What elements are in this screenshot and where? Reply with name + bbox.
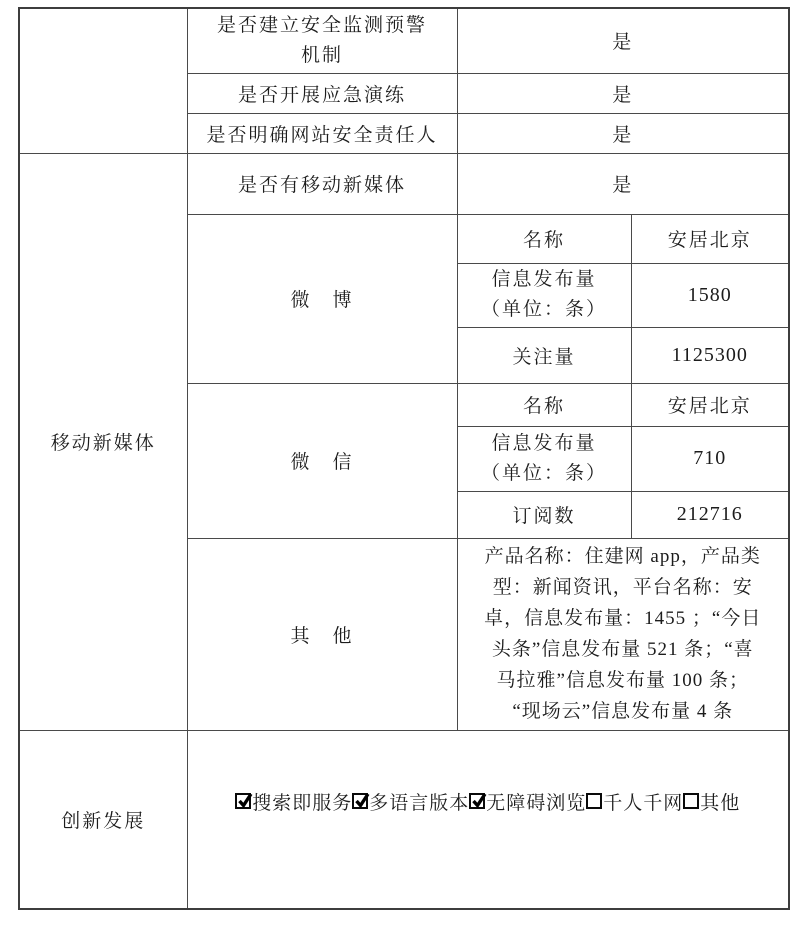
annual-report-table: 是否建立安全监测预警 机制 是 是否开展应急演练 是 是否明确网站安全责任人 是… [18, 7, 790, 910]
option-personalized-portal: 千人千网 [586, 788, 683, 815]
weibo-posts-label: 信息发布量 （单位：条） [457, 263, 631, 327]
weibo-name-value: 安居北京 [631, 214, 789, 263]
has-mobile-media-value: 是 [457, 153, 789, 214]
option-label: 其他 [700, 788, 740, 815]
row-has-mobile-media: 移动新媒体 是否有移动新媒体 是 [19, 153, 789, 214]
option-accessible-browsing: 无障碍浏览 [469, 788, 586, 815]
wechat-name-value: 安居北京 [631, 383, 789, 426]
check-mark-icon [471, 791, 487, 809]
wechat-label: 微 信 [187, 383, 457, 538]
wechat-name-label: 名称 [457, 383, 631, 426]
option-label: 搜索即服务 [252, 788, 352, 815]
security-owner-label: 是否明确网站安全责任人 [187, 113, 457, 153]
unchecked-checkbox-icon [586, 793, 602, 809]
weibo-name-label: 名称 [457, 214, 631, 263]
option-search-as-service: 搜索即服务 [235, 788, 352, 815]
security-section-spanner-cell [19, 8, 187, 153]
weibo-followers-value: 1125300 [631, 327, 789, 383]
innovation-options-cell: 搜索即服务 多语言版本 无障碍浏览 千人千网 其他 [187, 730, 789, 909]
option-label: 无障碍浏览 [486, 788, 586, 815]
check-mark-icon [354, 791, 370, 809]
has-mobile-media-label: 是否有移动新媒体 [187, 153, 457, 214]
option-label: 千人千网 [603, 788, 683, 815]
innovation-section-label: 创新发展 [19, 730, 187, 909]
wechat-posts-value: 710 [631, 426, 789, 491]
emergency-drill-label: 是否开展应急演练 [187, 73, 457, 113]
weibo-followers-label: 关注量 [457, 327, 631, 383]
checked-checkbox-icon [352, 793, 368, 809]
checked-checkbox-icon [469, 793, 485, 809]
row-security-monitor: 是否建立安全监测预警 机制 是 [19, 8, 789, 73]
row-innovation: 创新发展 搜索即服务 多语言版本 无障碍浏览 千人千网 其他 [19, 730, 789, 909]
check-mark-icon [237, 791, 253, 809]
wechat-posts-label: 信息发布量 （单位：条） [457, 426, 631, 491]
security-monitor-value: 是 [457, 8, 789, 73]
wechat-subscribers-label: 订阅数 [457, 491, 631, 538]
emergency-drill-value: 是 [457, 73, 789, 113]
security-monitor-label: 是否建立安全监测预警 机制 [187, 8, 457, 73]
mobile-media-section-label: 移动新媒体 [19, 153, 187, 730]
wechat-subscribers-value: 212716 [631, 491, 789, 538]
option-multilingual: 多语言版本 [352, 788, 469, 815]
unchecked-checkbox-icon [683, 793, 699, 809]
security-owner-value: 是 [457, 113, 789, 153]
checked-checkbox-icon [235, 793, 251, 809]
weibo-label: 微 博 [187, 214, 457, 383]
option-other: 其他 [683, 788, 740, 815]
other-media-label: 其 他 [187, 538, 457, 730]
weibo-posts-value: 1580 [631, 263, 789, 327]
other-media-value: 产品名称：住建网 app，产品类 型：新闻资讯，平台名称：安 卓，信息发布量：1… [457, 538, 789, 730]
option-label: 多语言版本 [369, 788, 469, 815]
